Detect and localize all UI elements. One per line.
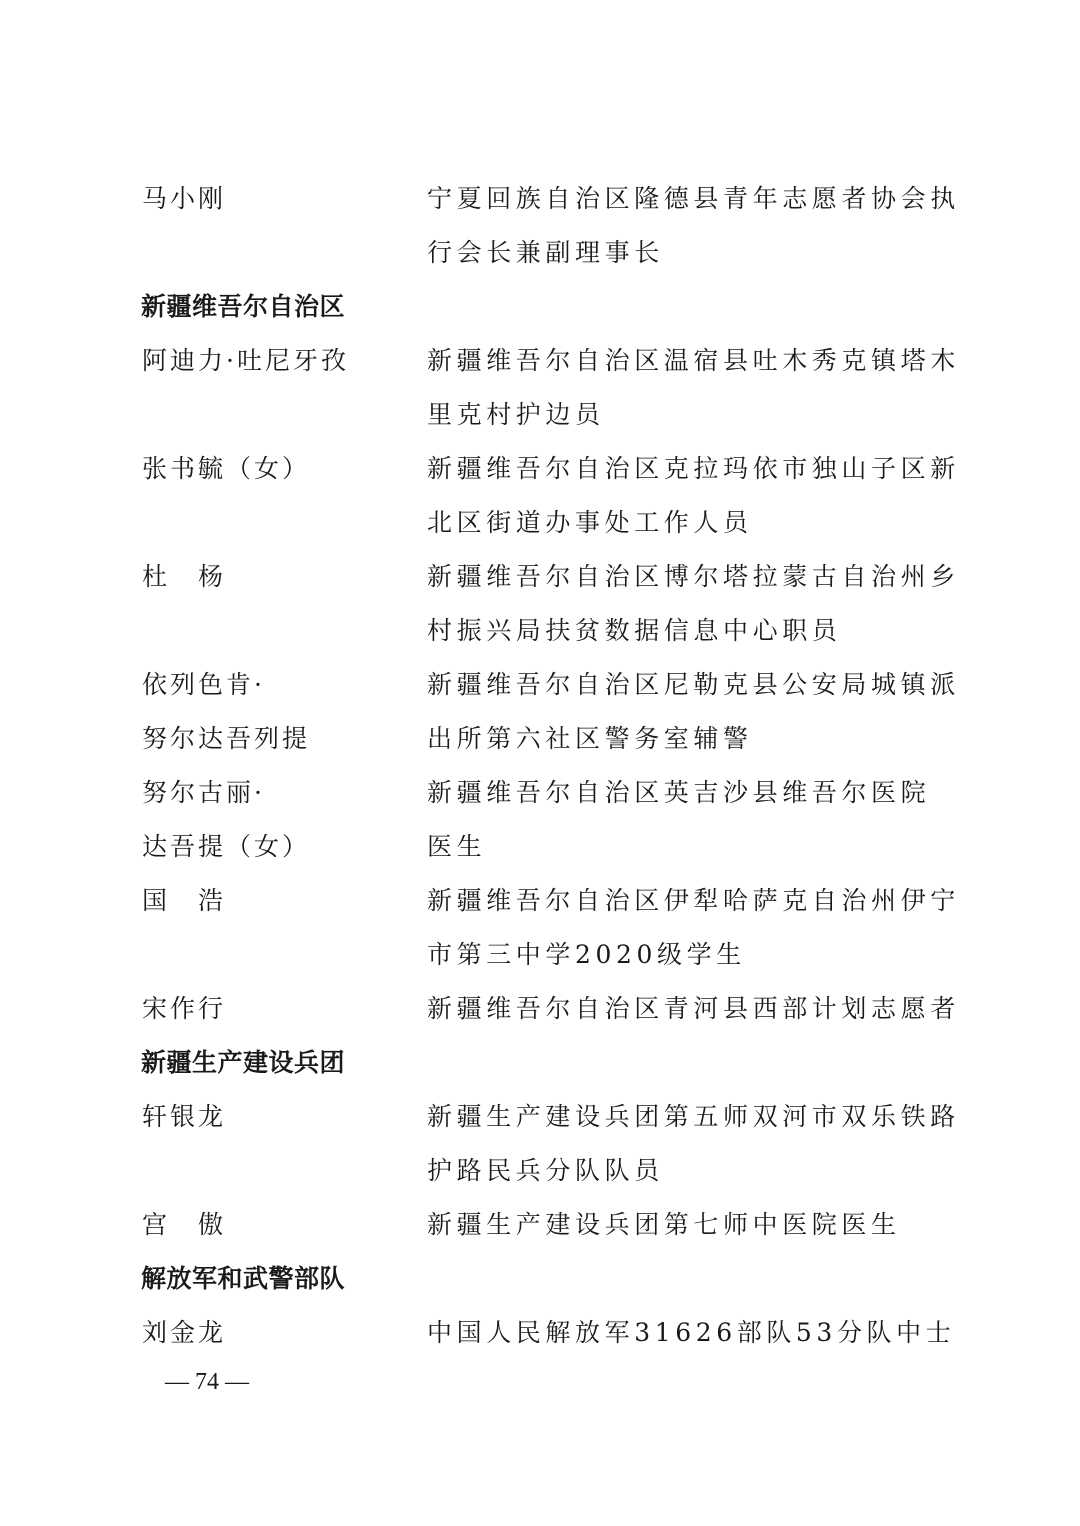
person-name: 刘金龙 (142, 1306, 226, 1360)
person-name: 宫 傲 (142, 1198, 226, 1252)
person-name: 达吾提（女） (142, 820, 310, 874)
person-description: 里克村护边员 (427, 388, 605, 442)
person-name: 阿迪力·吐尼牙孜 (142, 334, 349, 388)
person-name: 国 浩 (142, 874, 226, 928)
person-description: 北区街道办事处工作人员 (427, 496, 753, 550)
person-description: 新疆维吾尔自治区温宿县吐木秀克镇塔木 (427, 334, 960, 388)
person-description: 行会长兼副理事长 (427, 226, 664, 280)
person-name: 杜 杨 (142, 550, 226, 604)
person-name: 宋作行 (142, 982, 226, 1036)
person-description: 中国人民解放军31626部队53分队中士 (427, 1306, 955, 1360)
section-heading: 解放军和武警部队 (141, 1252, 345, 1306)
person-description: 新疆维吾尔自治区尼勒克县公安局城镇派 (427, 658, 960, 712)
page-number: — 74 — (165, 1362, 249, 1402)
person-description: 市第三中学2020级学生 (427, 928, 746, 982)
section-heading: 新疆维吾尔自治区 (141, 280, 345, 334)
person-description: 新疆生产建设兵团第五师双河市双乐铁路 (427, 1090, 960, 1144)
person-description: 新疆维吾尔自治区博尔塔拉蒙古自治州乡 (427, 550, 960, 604)
person-description: 出所第六社区警务室辅警 (427, 712, 753, 766)
person-description: 村振兴局扶贫数据信息中心职员 (427, 604, 841, 658)
person-name: 张书毓（女） (142, 442, 310, 496)
person-name: 努尔古丽· (142, 766, 265, 820)
document-page: 马小刚 宁夏回族自治区隆德县青年志愿者协会执 行会长兼副理事长 新疆维吾尔自治区… (0, 0, 1080, 1526)
section-heading: 新疆生产建设兵团 (141, 1036, 345, 1090)
person-description: 新疆维吾尔自治区青河县西部计划志愿者 (427, 982, 960, 1036)
person-description: 新疆维吾尔自治区伊犁哈萨克自治州伊宁 (427, 874, 960, 928)
person-description: 宁夏回族自治区隆德县青年志愿者协会执 (427, 172, 960, 226)
person-name: 依列色肯· (142, 658, 265, 712)
person-description: 新疆维吾尔自治区英吉沙县维吾尔医院 (427, 766, 930, 820)
person-name: 马小刚 (142, 172, 226, 226)
person-name: 努尔达吾列提 (142, 712, 310, 766)
person-description: 医生 (427, 820, 486, 874)
person-description: 护路民兵分队队员 (427, 1144, 664, 1198)
person-description: 新疆维吾尔自治区克拉玛依市独山子区新 (427, 442, 960, 496)
person-description: 新疆生产建设兵团第七师中医院医生 (427, 1198, 901, 1252)
person-name: 轩银龙 (142, 1090, 226, 1144)
